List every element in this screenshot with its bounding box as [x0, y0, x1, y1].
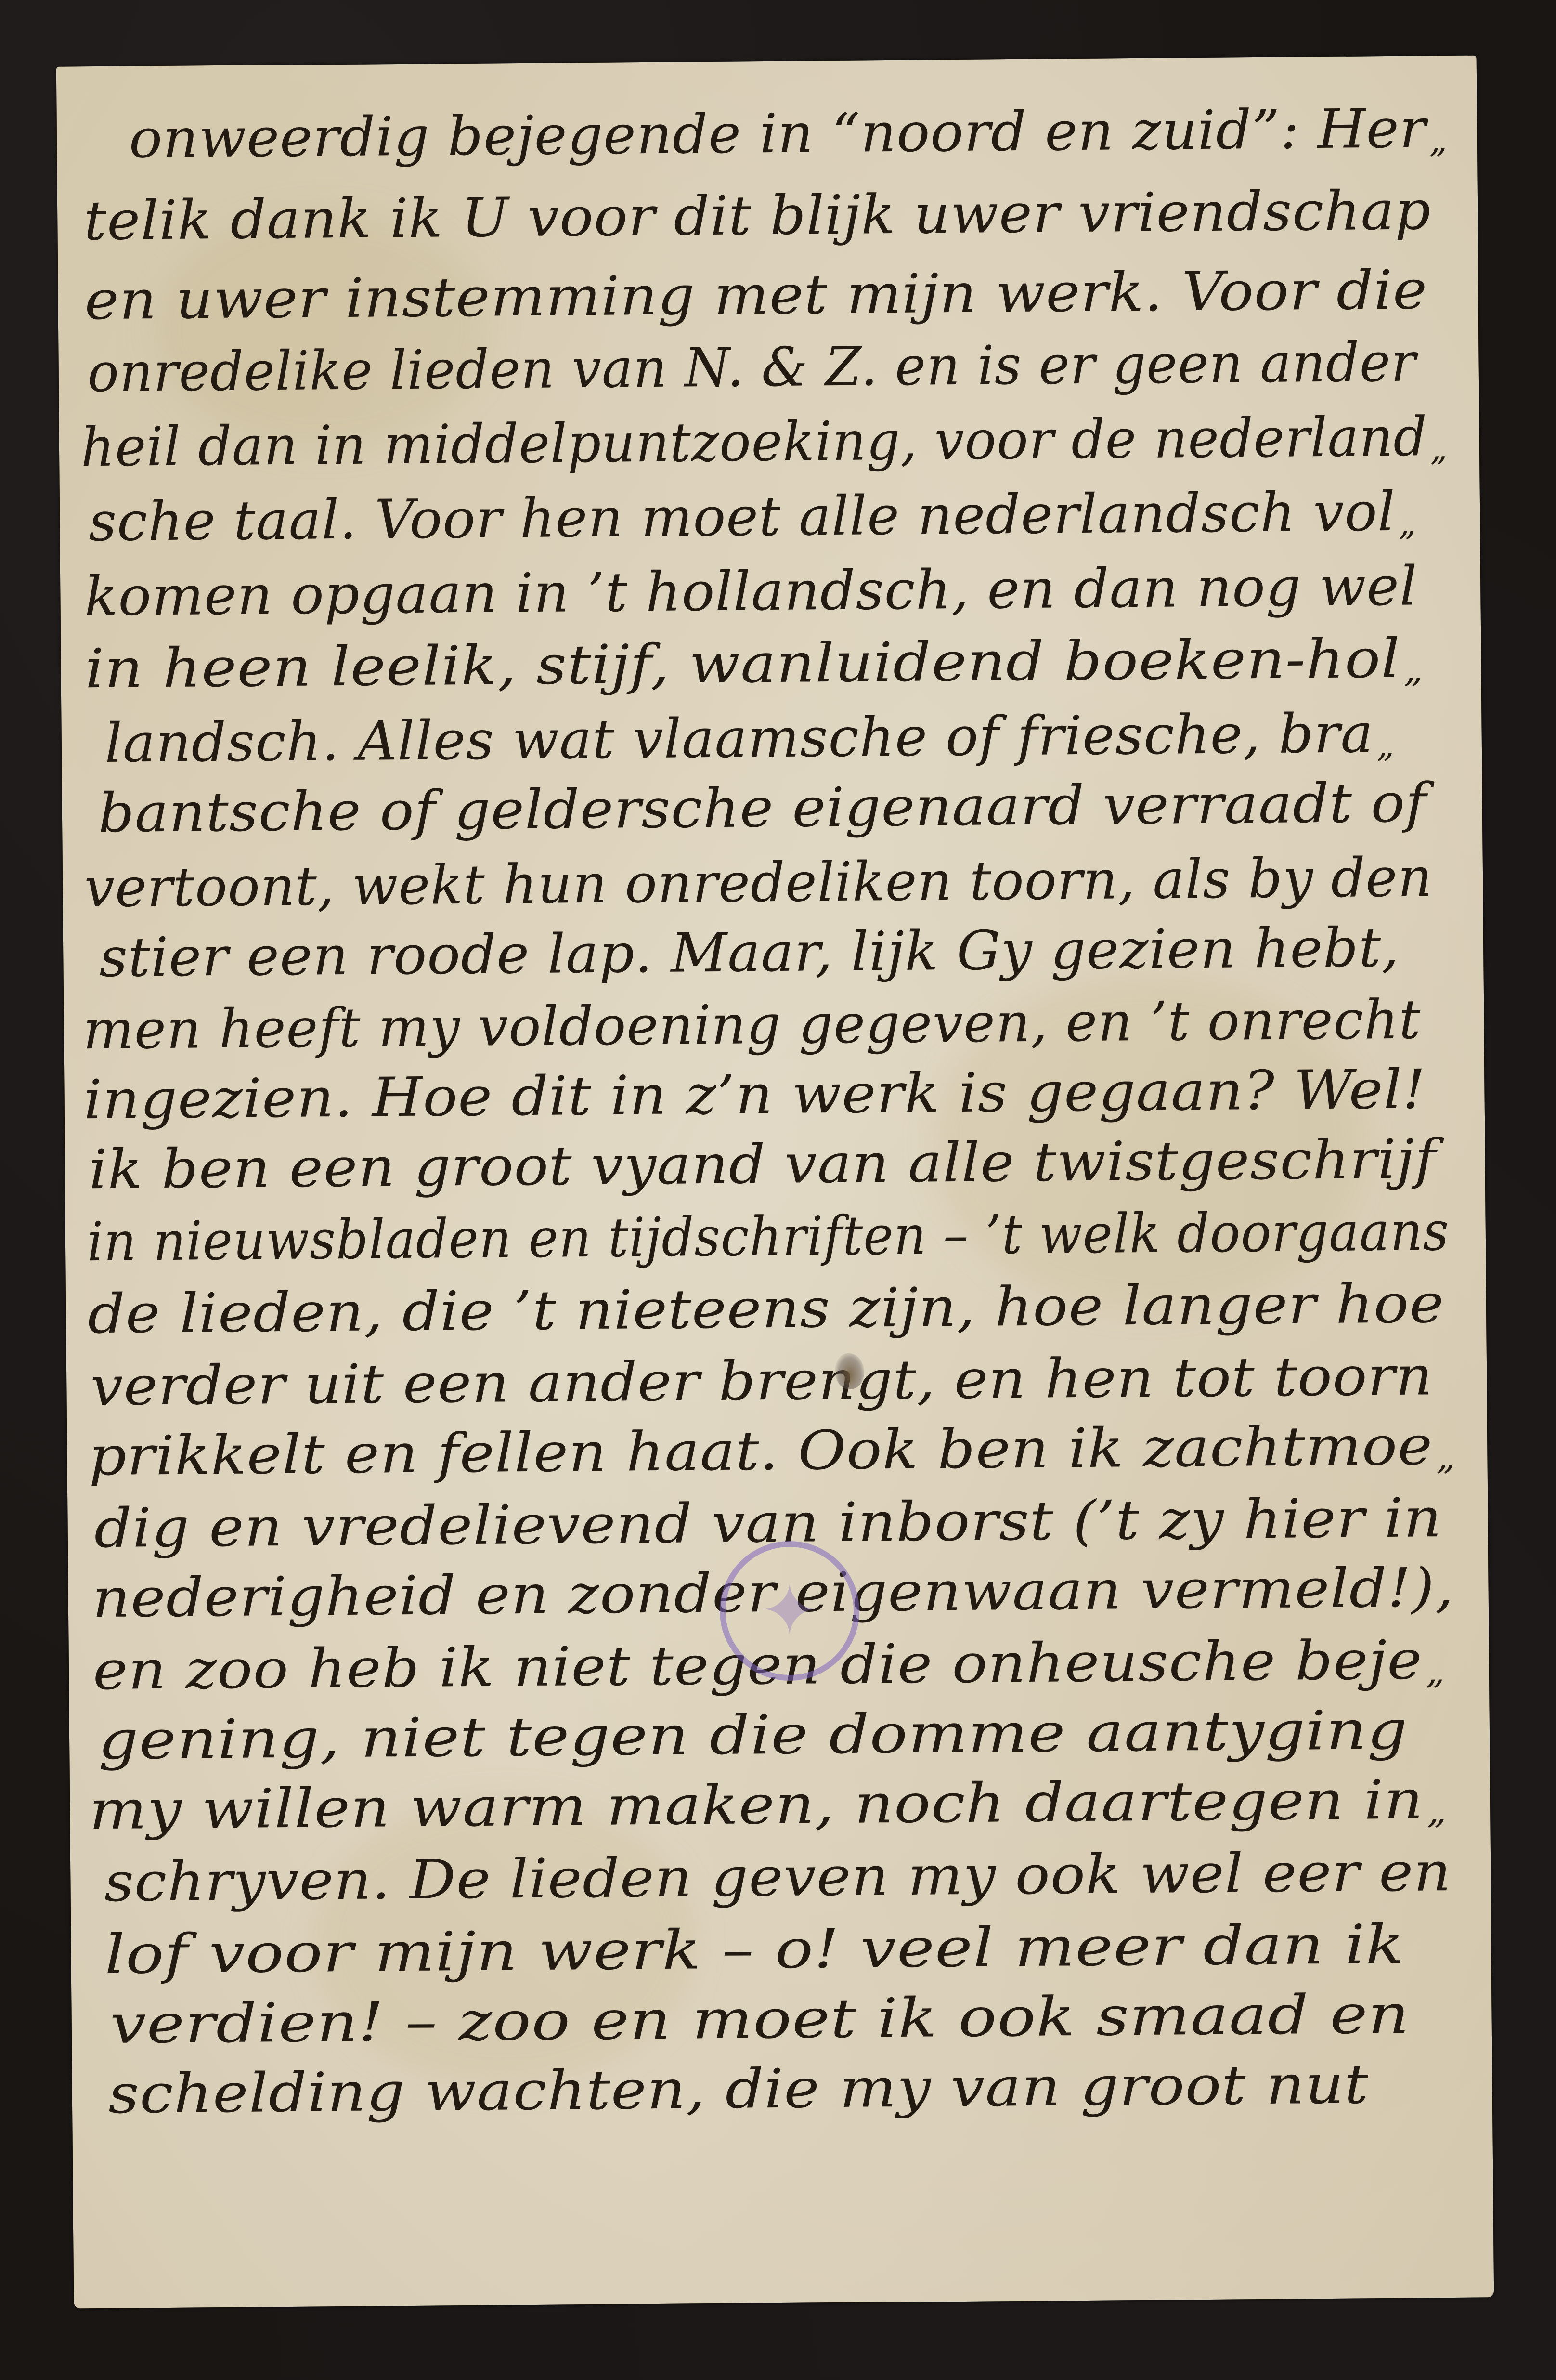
line-text: men heeft my voldoening gegeven, en ’t o…: [83, 988, 1421, 1061]
line-text: verder uit een ander brengt, en hen tot …: [91, 1345, 1433, 1418]
hyphenation-mark: „: [1429, 120, 1448, 160]
ink-blot: [835, 1353, 864, 1389]
hyphenation-mark: „: [1403, 650, 1424, 690]
handwritten-line: verdien! – zoo en moet ik ook smaad en: [110, 1988, 1410, 2052]
handwritten-line: my willen warm maken, noch daartegen in„: [89, 1773, 1447, 1839]
line-text: in heen leelik, stijf, wanluidend boeken…: [85, 628, 1400, 700]
line-text: sche taal. Voor hen moet alle nederlands…: [89, 481, 1396, 553]
line-text: onredelike lieden van N. & Z. en is er g…: [87, 331, 1416, 404]
line-text: lof voor mijn werk – o! veel meer dan ik: [104, 1913, 1405, 1986]
line-text: telik dank ik U voor dit blijk uwer vrie…: [84, 179, 1431, 252]
line-text: in nieuwsbladen en tijdschriften – ’t we…: [87, 1200, 1449, 1273]
line-text: verdien! – zoo en moet ik ook smaad en: [110, 1983, 1410, 2056]
line-text: heil dan in middelpuntzoeking, voor de n…: [80, 405, 1427, 479]
handwritten-line: sche taal. Voor hen moet alle nederlands…: [89, 484, 1417, 550]
handwritten-line: prikkelt en fellen haat. Ook ben ik zach…: [89, 1419, 1456, 1485]
hyphenation-mark: „: [1398, 503, 1416, 543]
handwritten-line: stier een roode lap. Maar, lijk Gy gezie…: [99, 921, 1400, 985]
line-text: prikkelt en fellen haat. Ook ben ik zach…: [89, 1414, 1433, 1488]
line-text: gening, niet tegen die domme aantyging: [98, 1699, 1408, 1772]
handwritten-line: en uwer instemming met mijn werk. Voor d…: [84, 263, 1427, 327]
handwritten-line: in heen leelik, stijf, wanluidend boeken…: [85, 631, 1424, 697]
handwritten-line: ik ben een groot vyand van alle twistges…: [89, 1132, 1437, 1197]
handwritten-line: heil dan in middelpuntzoeking, voor de n…: [81, 410, 1448, 476]
line-text: my willen warm maken, noch daartegen in: [89, 1768, 1424, 1842]
handwritten-line: de lieden, die ’t nieteens zijn, hoe lan…: [88, 1277, 1445, 1341]
handwritten-line: gening, niet tegen die domme aantyging: [98, 1703, 1408, 1767]
handwritten-line: in nieuwsbladen en tijdschriften – ’t we…: [87, 1204, 1449, 1269]
handwritten-line: komen opgaan in ’t hollandsch, en dan no…: [84, 559, 1418, 624]
handwritten-line: bantsche of geldersche eigenaard verraad…: [98, 776, 1427, 840]
line-text: vertoont, wekt hun onredeliken toorn, al…: [84, 846, 1433, 919]
hyphenation-mark: „: [1426, 1652, 1445, 1691]
letter-page: onweerdig bejegende in “noord en zuid”: …: [56, 55, 1494, 2308]
handwritten-line: verder uit een ander brengt, en hen tot …: [91, 1349, 1433, 1413]
line-text: de lieden, die ’t nieteens zijn, hoe lan…: [88, 1272, 1445, 1346]
line-text: onweerdig bejegende in “noord en zuid”: …: [129, 97, 1426, 170]
line-text: schelding wachten, die my van groot nut: [108, 2053, 1369, 2126]
handwritten-line: telik dank ik U voor dit blijk uwer vrie…: [84, 183, 1431, 248]
stamp-emblem-icon: ✦: [759, 1569, 820, 1653]
line-text: bantsche of geldersche eigenaard verraad…: [98, 772, 1427, 845]
line-text: ik ben een groot vyand van alle twistges…: [89, 1128, 1437, 1201]
handwritten-line: vertoont, wekt hun onredeliken toorn, al…: [84, 850, 1433, 915]
handwritten-line: onweerdig bejegende in “noord en zuid”: …: [129, 102, 1448, 168]
line-text: stier een roode lap. Maar, lijk Gy gezie…: [99, 916, 1400, 989]
line-text: en uwer instemming met mijn werk. Voor d…: [84, 259, 1427, 332]
handwritten-line: onredelike lieden van N. & Z. en is er g…: [87, 335, 1416, 400]
line-text: komen opgaan in ’t hollandsch, en dan no…: [84, 555, 1418, 628]
handwritten-line: schelding wachten, die my van groot nut: [108, 2057, 1369, 2121]
hyphenation-mark: „: [1430, 429, 1448, 468]
archive-stamp: ✦: [720, 1541, 859, 1681]
line-text: ingezien. Hoe dit in z’n werk is gegaan?…: [83, 1058, 1426, 1131]
hyphenation-mark: „: [1436, 1438, 1456, 1477]
hyphenation-mark: „: [1376, 725, 1395, 765]
handwritten-line: lof voor mijn werk – o! veel meer dan ik: [104, 1918, 1405, 1982]
handwritten-line: men heeft my voldoening gegeven, en ’t o…: [83, 993, 1421, 1057]
hyphenation-mark: „: [1426, 1792, 1447, 1831]
handwritten-line: schryven. De lieden geven my ook wel eer…: [104, 1845, 1452, 1909]
handwritten-line: landsch. Alles wat vlaamsche of friesche…: [104, 706, 1395, 772]
line-text: landsch. Alles wat vlaamsche of friesche…: [104, 702, 1374, 775]
line-text: schryven. De lieden geven my ook wel eer…: [104, 1841, 1452, 1914]
handwritten-line: ingezien. Hoe dit in z’n werk is gegaan?…: [83, 1062, 1426, 1127]
